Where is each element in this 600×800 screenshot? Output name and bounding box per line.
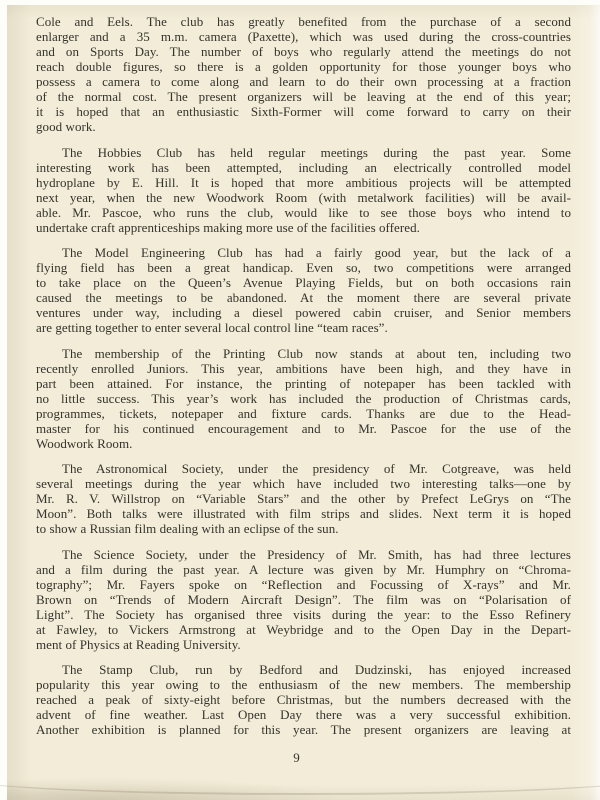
text-line: Light”. The Society has organised three … xyxy=(36,607,571,622)
text-line: Another exhibition is planned for this y… xyxy=(36,722,571,737)
text-line: reached a peak of sixty-eight before Chr… xyxy=(36,692,571,707)
text-line: tography”; Mr. Fayers spoke on “Reflecti… xyxy=(36,577,571,592)
text-line: it is hoped that an enthusiastic Sixth-F… xyxy=(36,104,571,119)
text-line: advent of fine weather. Last Open Day th… xyxy=(36,707,571,722)
page-number: 9 xyxy=(29,750,564,766)
paragraph: The Astronomical Society, under the pres… xyxy=(36,461,571,536)
text-line: of the normal cost. The present organize… xyxy=(36,89,571,104)
text-line: The Model Engineering Club has had a fai… xyxy=(36,245,571,260)
text-line: recently enrolled Juniors. This year, am… xyxy=(36,361,571,376)
text-line: undertake craft apprenticeships making m… xyxy=(36,220,571,235)
paragraph: The Science Society, under the Presidenc… xyxy=(36,547,571,652)
text-line: master for his continued encouragement a… xyxy=(36,421,571,436)
text-line: Brown on “Trends of Modern Aircraft Desi… xyxy=(36,592,571,607)
text-line: and on Sports Day. The number of boys wh… xyxy=(36,44,571,59)
text-line: to show a Russian film dealing with an e… xyxy=(36,521,571,536)
text-line: ventures under way, including a diesel p… xyxy=(36,305,571,320)
text-line: good work. xyxy=(36,119,571,134)
text-line: popularity this year owing to the enthus… xyxy=(36,677,571,692)
text-line: caused the meetings to be abandoned. At … xyxy=(36,290,571,305)
text-line: The Stamp Club, run by Bedford and Dudzi… xyxy=(36,662,571,677)
paragraph: The Stamp Club, run by Bedford and Dudzi… xyxy=(36,662,571,737)
text-line: reach double figures, so there is a gold… xyxy=(36,59,571,74)
paragraph: Cole and Eels. The club has greatly bene… xyxy=(36,14,571,134)
text-line: flying field has been a great handicap. … xyxy=(36,260,571,275)
text-line: programmes, tickets, notepaper and fixtu… xyxy=(36,406,571,421)
text-line: The membership of the Printing Club now … xyxy=(36,346,571,361)
scanned-page: Cole and Eels. The club has greatly bene… xyxy=(0,0,600,800)
text-line: enlarger and a 35 m.m. camera (Paxette),… xyxy=(36,29,571,44)
text-line: several meetings during the year which h… xyxy=(36,476,571,491)
text-line: next year, when the new Woodwork Room (w… xyxy=(36,190,571,205)
text-line: Mr. R. V. Willstrop on “Variable Stars” … xyxy=(36,491,571,506)
text-line: possess a camera to come along and learn… xyxy=(36,74,571,89)
text-line: and a film during the past year. A lectu… xyxy=(36,562,571,577)
text-line: Moon”. Both talks were illustrated with … xyxy=(36,506,571,521)
paragraph: The Model Engineering Club has had a fai… xyxy=(36,245,571,335)
text-line: to take place on the Queen’s Avenue Play… xyxy=(36,275,571,290)
text-line: ment of Physics at Reading University. xyxy=(36,637,571,652)
text-line: no little success. This year’s work has … xyxy=(36,391,571,406)
text-line: The Science Society, under the Presidenc… xyxy=(36,547,571,562)
text-line: hydroplane by E. Hill. It is hoped that … xyxy=(36,175,571,190)
text-line: at Fawley, to Vickers Armstrong at Weybr… xyxy=(36,622,571,637)
text-line: Cole and Eels. The club has greatly bene… xyxy=(36,14,571,29)
text-line: interesting work has been attempted, inc… xyxy=(36,160,571,175)
text-line: are getting together to enter several lo… xyxy=(36,320,571,335)
text-line: part been attained. For instance, the pr… xyxy=(36,376,571,391)
paragraph: The membership of the Printing Club now … xyxy=(36,346,571,451)
page-surface: Cole and Eels. The club has greatly bene… xyxy=(7,5,600,800)
text-line: Woodwork Room. xyxy=(36,436,571,451)
text-line: The Astronomical Society, under the pres… xyxy=(36,461,571,476)
text-line: The Hobbies Club has held regular meetin… xyxy=(36,145,571,160)
text-line: able. Mr. Pascoe, who runs the club, wou… xyxy=(36,205,571,220)
page-text: Cole and Eels. The club has greatly bene… xyxy=(36,14,571,737)
paragraph: The Hobbies Club has held regular meetin… xyxy=(36,145,571,235)
